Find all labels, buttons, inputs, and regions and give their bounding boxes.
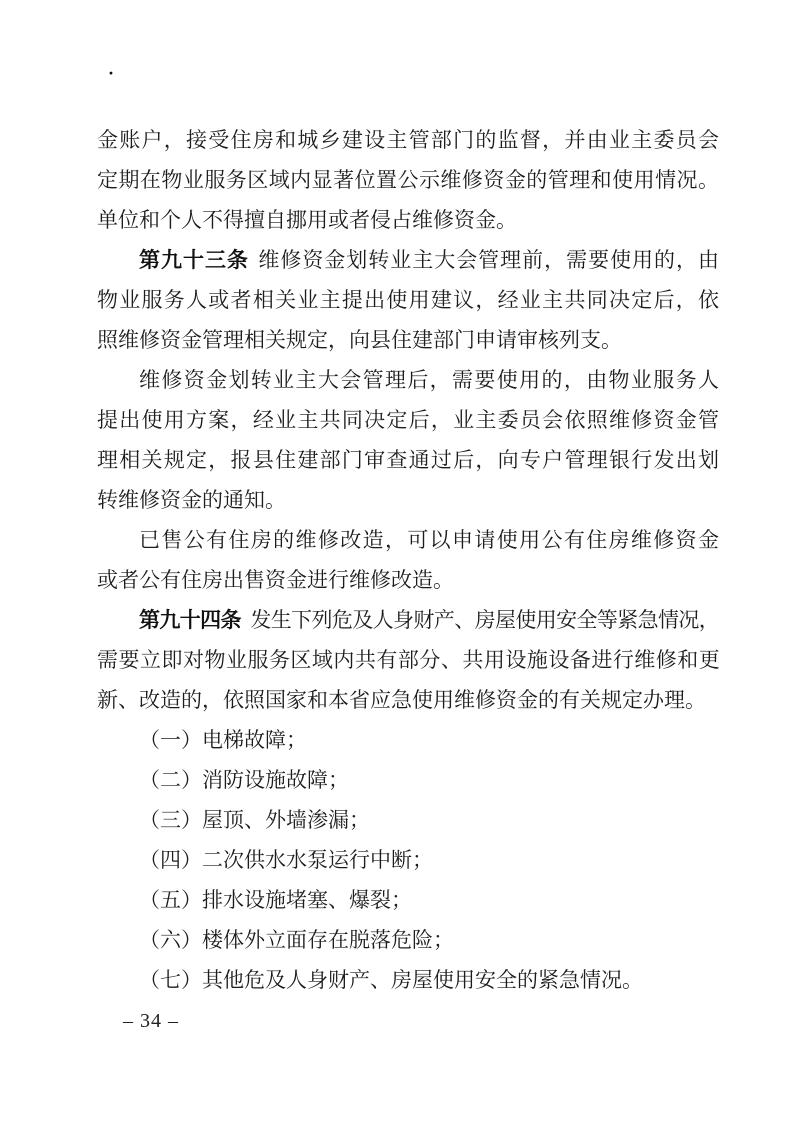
text-line: 已售公有住房的维修改造，可以申请使用公有住房维修资金 <box>97 520 719 560</box>
article-number: 第九十四条 <box>139 609 241 632</box>
line-text: 提出使用方案，经业主共同决定后，业主委员会依照维修资金管 <box>97 408 719 432</box>
text-line: 转维修资金的通知。 <box>97 480 719 520</box>
text-line: 理相关规定，报县住建部门审查通过后，向专户管理银行发出划 <box>97 440 719 480</box>
line-text: 转维修资金的通知。 <box>97 488 286 512</box>
text-line: 需要立即对物业服务区域内共有部分、共用设施设备进行维修和更 <box>97 640 719 680</box>
text-line-article-93: 第九十三条维修资金划转业主大会管理前，需要使用的，由 <box>97 240 719 280</box>
line-text: （三）屋顶、外墙渗漏； <box>139 808 370 832</box>
line-text: （二）消防设施故障； <box>139 768 349 792</box>
document-page: · 金账户，接受住房和城乡建设主管部门的监督，并由业主委员会 定期在物业服务区域… <box>0 0 793 1122</box>
list-item: （四）二次供水水泵运行中断； <box>97 840 719 880</box>
line-text: 或者公有住房出售资金进行维修改造。 <box>97 568 454 592</box>
line-text: 照维修资金管理相关规定，向县住建部门申请审核列支。 <box>97 328 622 352</box>
list-item: （六）楼体外立面存在脱落危险； <box>97 920 719 960</box>
list-item: （三）屋顶、外墙渗漏； <box>97 800 719 840</box>
line-text: （七）其他危及人身财产、房屋使用安全的紧急情况。 <box>139 968 643 992</box>
line-text: 物业服务人或者相关业主提出使用建议，经业主共同决定后，依 <box>97 288 719 312</box>
line-text: 金账户，接受住房和城乡建设主管部门的监督，并由业主委员会 <box>97 128 719 152</box>
line-text: 维修资金划转业主大会管理后，需要使用的，由物业服务人 <box>139 368 719 392</box>
line-text: （一）电梯故障； <box>139 728 307 752</box>
article-number: 第九十三条 <box>139 249 249 272</box>
list-item: （五）排水设施堵塞、爆裂； <box>97 880 719 920</box>
text-line: 物业服务人或者相关业主提出使用建议，经业主共同决定后，依 <box>97 280 719 320</box>
line-text: （六）楼体外立面存在脱落危险； <box>139 928 454 952</box>
line-text: 需要立即对物业服务区域内共有部分、共用设施设备进行维修和更 <box>97 648 719 672</box>
list-item: （一）电梯故障； <box>97 720 719 760</box>
text-line: 金账户，接受住房和城乡建设主管部门的监督，并由业主委员会 <box>97 120 719 160</box>
text-line: 新、改造的，依照国家和本省应急使用维修资金的有关规定办理。 <box>97 680 719 720</box>
text-line: 或者公有住房出售资金进行维修改造。 <box>97 560 719 600</box>
line-text: 发生下列危及人身财产、房屋使用安全等紧急情况， <box>250 608 719 632</box>
text-line: 定期在物业服务区域内显著位置公示维修资金的管理和使用情况。 <box>97 160 719 200</box>
text-line: 提出使用方案，经业主共同决定后，业主委员会依照维修资金管 <box>97 400 719 440</box>
page-number: – 34 – <box>123 1008 179 1034</box>
list-item: （七）其他危及人身财产、房屋使用安全的紧急情况。 <box>97 960 719 1000</box>
line-text: 新、改造的，依照国家和本省应急使用维修资金的有关规定办理。 <box>97 688 706 712</box>
line-text: 已售公有住房的维修改造，可以申请使用公有住房维修资金 <box>139 528 719 552</box>
line-text: 理相关规定，报县住建部门审查通过后，向专户管理银行发出划 <box>97 448 719 472</box>
line-text: （四）二次供水水泵运行中断； <box>139 848 433 872</box>
line-text: 单位和个人不得擅自挪用或者侵占维修资金。 <box>97 208 517 232</box>
list-item: （二）消防设施故障； <box>97 760 719 800</box>
line-text: 维修资金划转业主大会管理前，需要使用的，由 <box>258 248 719 272</box>
text-line-article-94: 第九十四条发生下列危及人身财产、房屋使用安全等紧急情况， <box>97 600 719 640</box>
line-text: 定期在物业服务区域内显著位置公示维修资金的管理和使用情况。 <box>97 168 719 192</box>
stray-dot-mark: · <box>108 64 114 82</box>
document-body: 金账户，接受住房和城乡建设主管部门的监督，并由业主委员会 定期在物业服务区域内显… <box>97 120 719 1000</box>
line-text: （五）排水设施堵塞、爆裂； <box>139 888 412 912</box>
text-line: 照维修资金管理相关规定，向县住建部门申请审核列支。 <box>97 320 719 360</box>
text-line: 单位和个人不得擅自挪用或者侵占维修资金。 <box>97 200 719 240</box>
text-line: 维修资金划转业主大会管理后，需要使用的，由物业服务人 <box>97 360 719 400</box>
